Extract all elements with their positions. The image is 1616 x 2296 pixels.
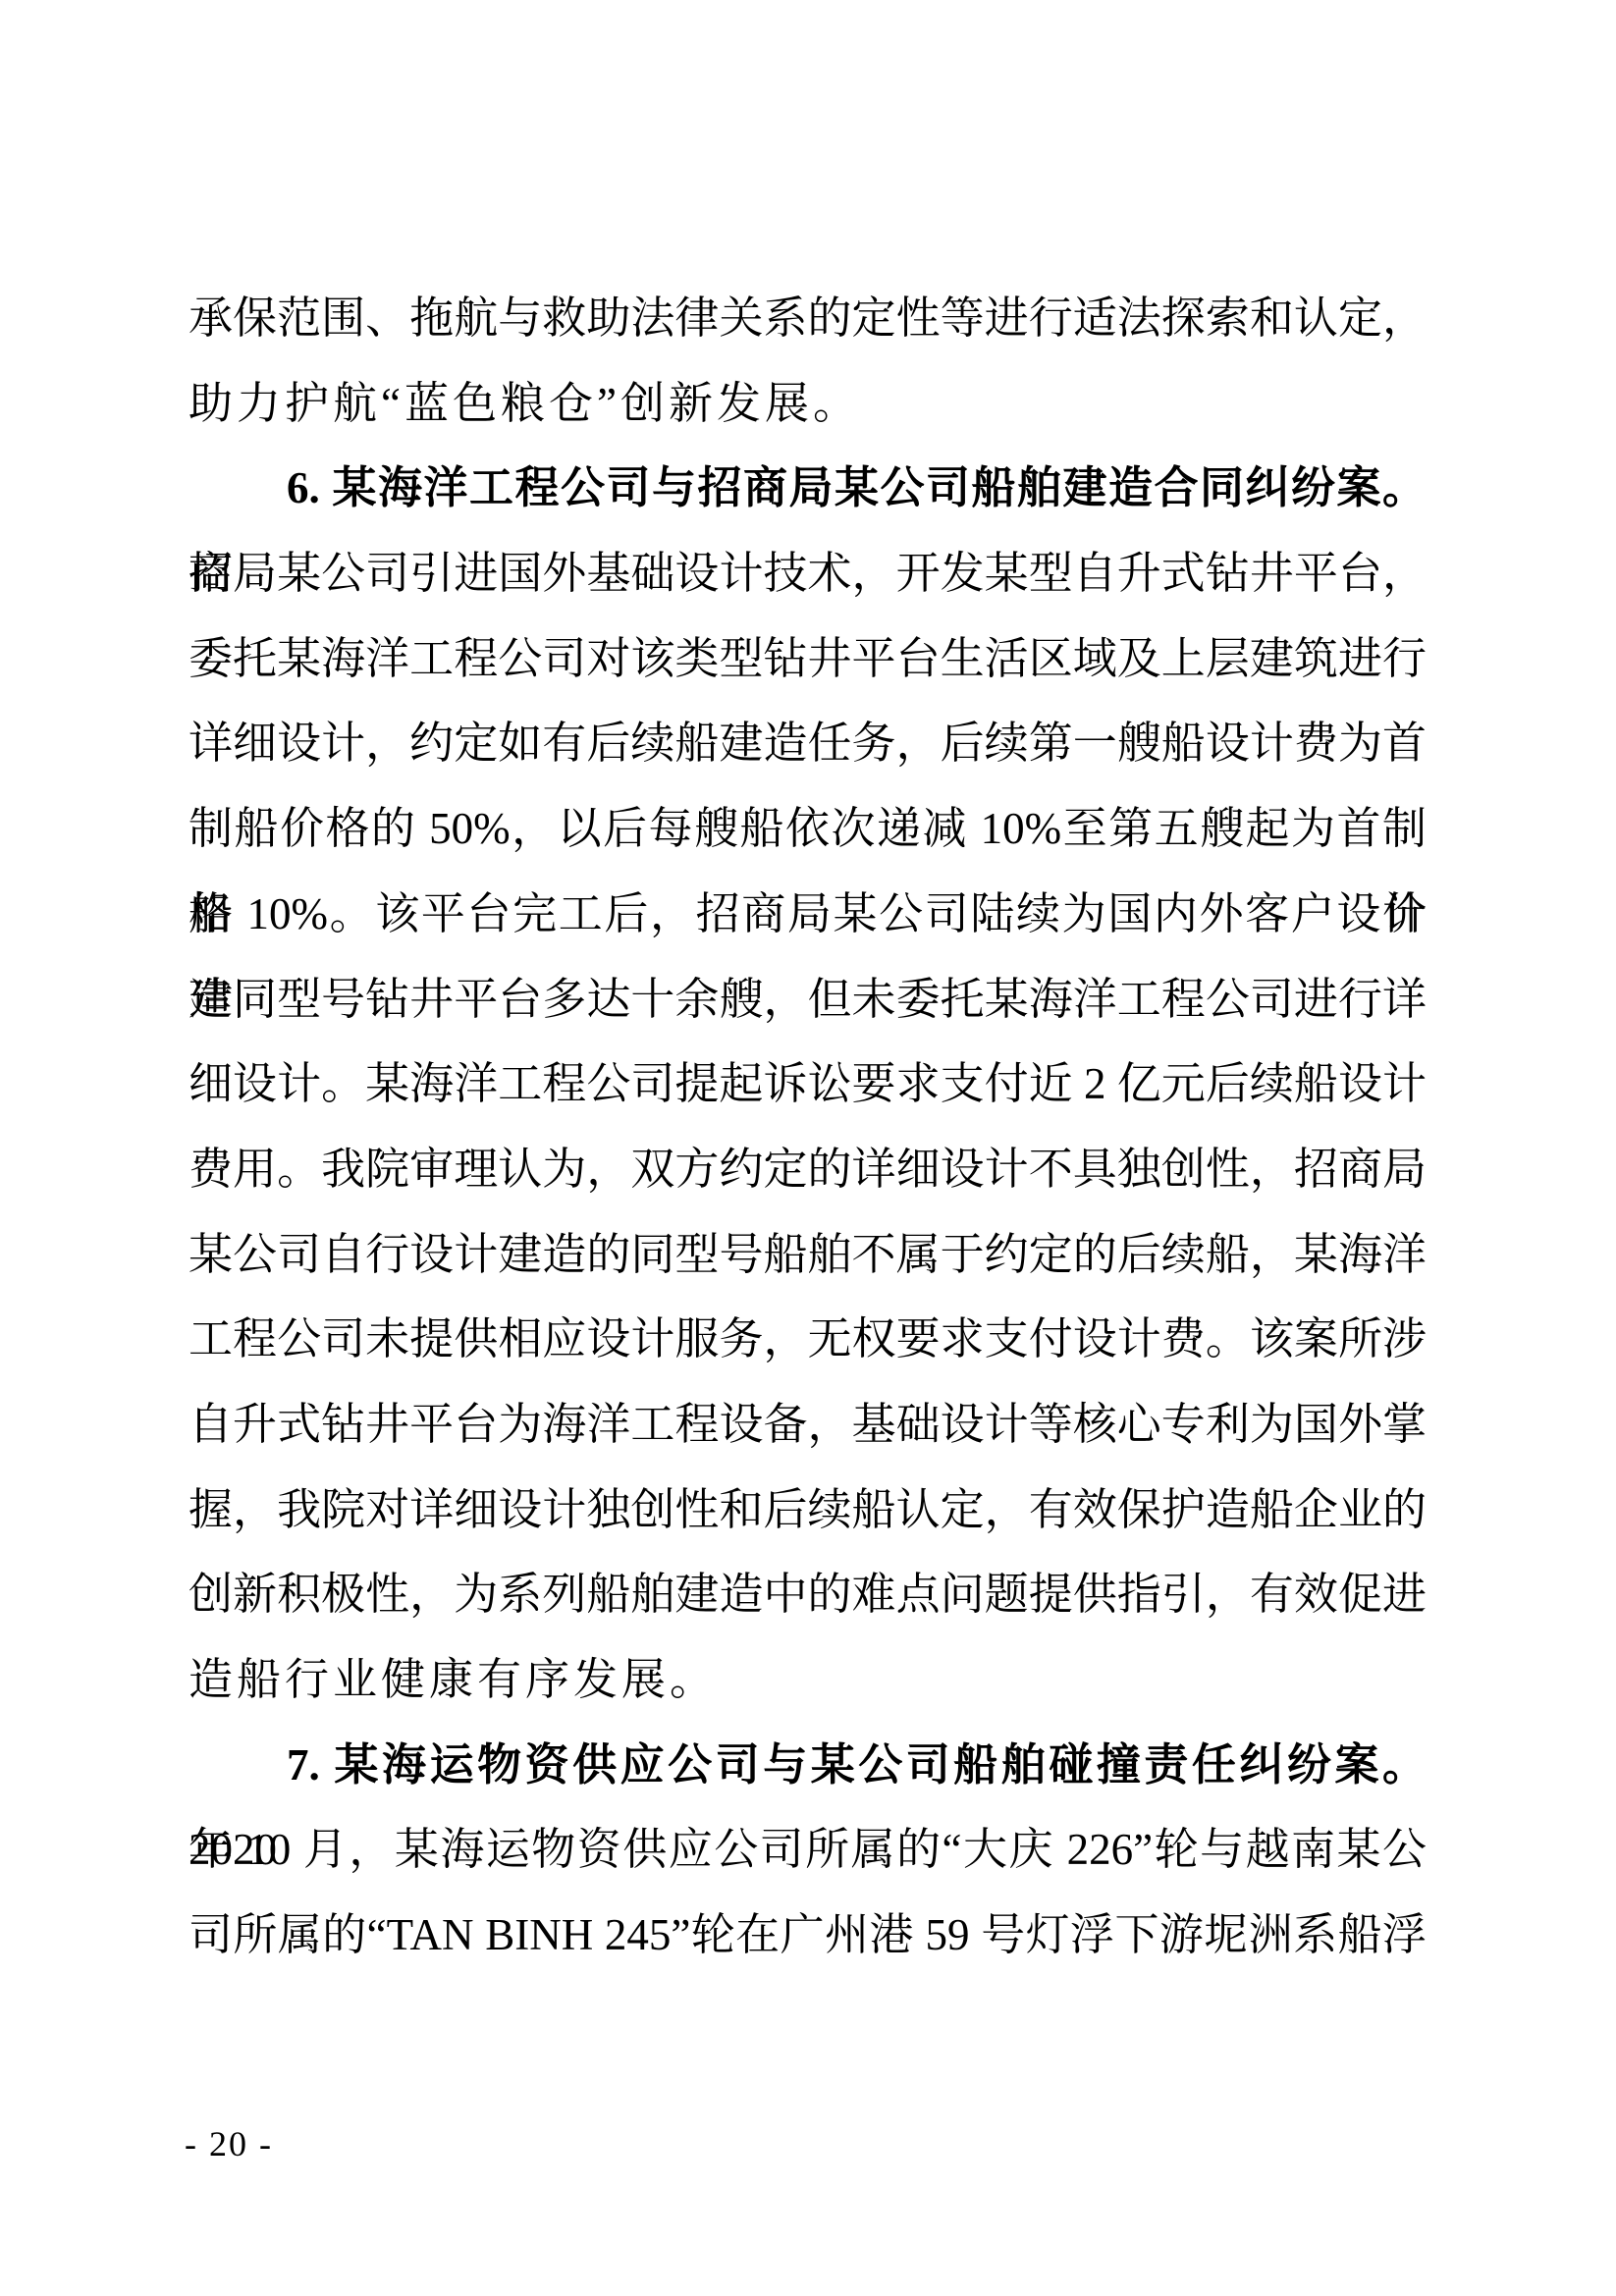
text-line: 助力护航“蓝色粮仓”创新发展。 xyxy=(189,361,1427,447)
body-text-segment: 工程公司未提供相应设计服务，无权要求支付设计费。该案所涉 xyxy=(189,1314,1427,1363)
text-line: 详细设计，约定如有后续船建造任务，后续第一艘船设计费为首 xyxy=(189,701,1427,786)
body-text-segment: 创新积极性，为系列船舶建造中的难点问题提供指引，有效促进 xyxy=(189,1570,1427,1619)
text-line: 创新积极性，为系列船舶建造中的难点问题提供指引，有效促进 xyxy=(189,1552,1427,1637)
document-page: 承保范围、拖航与救助法律关系的定性等进行适法探索和认定，助力护航“蓝色粮仓”创新… xyxy=(0,0,1616,2296)
case-title: 6. 某海洋工程公司与招商局某公司船舶建造合同纠纷案。 xyxy=(287,463,1427,512)
page-number: - 20 - xyxy=(185,2122,273,2165)
text-line: 造船行业健康有序发展。 xyxy=(189,1637,1427,1723)
body-text-segment: 详细设计，约定如有后续船建造任务，后续第一艘船设计费为首 xyxy=(189,719,1427,768)
body-text-segment: 握，我院对详细设计独创性和后续船认定，有效保护造船企业的 xyxy=(189,1485,1427,1534)
text-line: 制船价格的 50%，以后每艘船依次递减 10%至第五艘起为首制船价 xyxy=(189,786,1427,872)
text-line: 商局某公司引进国外基础设计技术，开发某型自升式钻井平台， xyxy=(189,531,1427,616)
text-line: 委托某海洋工程公司对该类型钻井平台生活区域及上层建筑进行 xyxy=(189,616,1427,702)
document-body: 承保范围、拖航与救助法律关系的定性等进行适法探索和认定，助力护航“蓝色粮仓”创新… xyxy=(189,276,1427,1978)
text-line: 造同型号钻井平台多达十余艘，但未委托某海洋工程公司进行详 xyxy=(189,957,1427,1042)
body-text-segment: 某公司自行设计建造的同型号船舶不属于约定的后续船，某海洋 xyxy=(189,1230,1427,1279)
text-line: 司所属的“TAN BINH 245”轮在广州港 59 号灯浮下游坭洲系船浮 xyxy=(189,1893,1427,1978)
text-line: 格 10%。该平台完工后，招商局某公司陆续为国内外客户设计建 xyxy=(189,872,1427,957)
body-text-segment: 助力护航“蓝色粮仓”创新发展。 xyxy=(189,379,861,428)
body-text-segment: 造同型号钻井平台多达十余艘，但未委托某海洋工程公司进行详 xyxy=(189,975,1427,1024)
text-line: 费用。我院审理认为，双方约定的详细设计不具独创性，招商局 xyxy=(189,1127,1427,1212)
text-line: 自升式钻井平台为海洋工程设备，基础设计等核心专利为国外掌 xyxy=(189,1382,1427,1468)
case-heading-line: 6. 某海洋工程公司与招商局某公司船舶建造合同纠纷案。招 xyxy=(189,446,1427,531)
case-heading-line: 7. 某海运物资供应公司与某公司船舶碰撞责任纠纷案。2020 xyxy=(189,1723,1427,1808)
text-line: 某公司自行设计建造的同型号船舶不属于约定的后续船，某海洋 xyxy=(189,1212,1427,1298)
body-text-segment: 司所属的“TAN BINH 245”轮在广州港 59 号灯浮下游坭洲系船浮 xyxy=(189,1910,1427,1959)
body-text-segment: 自升式钻井平台为海洋工程设备，基础设计等核心专利为国外掌 xyxy=(189,1400,1427,1449)
body-text-segment: 商局某公司引进国外基础设计技术，开发某型自升式钻井平台， xyxy=(189,549,1427,598)
body-text-segment: 承保范围、拖航与救助法律关系的定性等进行适法探索和认定， xyxy=(189,294,1427,343)
text-line: 年 10 月，某海运物资供应公司所属的“大庆 226”轮与越南某公 xyxy=(189,1807,1427,1893)
case-title: 7. 某海运物资供应公司与某公司船舶碰撞责任纠纷案。 xyxy=(287,1740,1427,1789)
body-text-segment: 年 10 月，某海运物资供应公司所属的“大庆 226”轮与越南某公 xyxy=(189,1825,1427,1874)
body-text-segment: 费用。我院审理认为，双方约定的详细设计不具独创性，招商局 xyxy=(189,1145,1427,1194)
body-text-segment: 细设计。某海洋工程公司提起诉讼要求支付近 2 亿元后续船设计 xyxy=(189,1059,1427,1108)
body-text-segment: 造船行业健康有序发展。 xyxy=(189,1655,718,1704)
text-line: 细设计。某海洋工程公司提起诉讼要求支付近 2 亿元后续船设计 xyxy=(189,1041,1427,1127)
text-line: 握，我院对详细设计独创性和后续船认定，有效保护造船企业的 xyxy=(189,1468,1427,1553)
text-line: 承保范围、拖航与救助法律关系的定性等进行适法探索和认定， xyxy=(189,276,1427,361)
body-text-segment: 委托某海洋工程公司对该类型钻井平台生活区域及上层建筑进行 xyxy=(189,634,1427,683)
text-line: 工程公司未提供相应设计服务，无权要求支付设计费。该案所涉 xyxy=(189,1297,1427,1382)
